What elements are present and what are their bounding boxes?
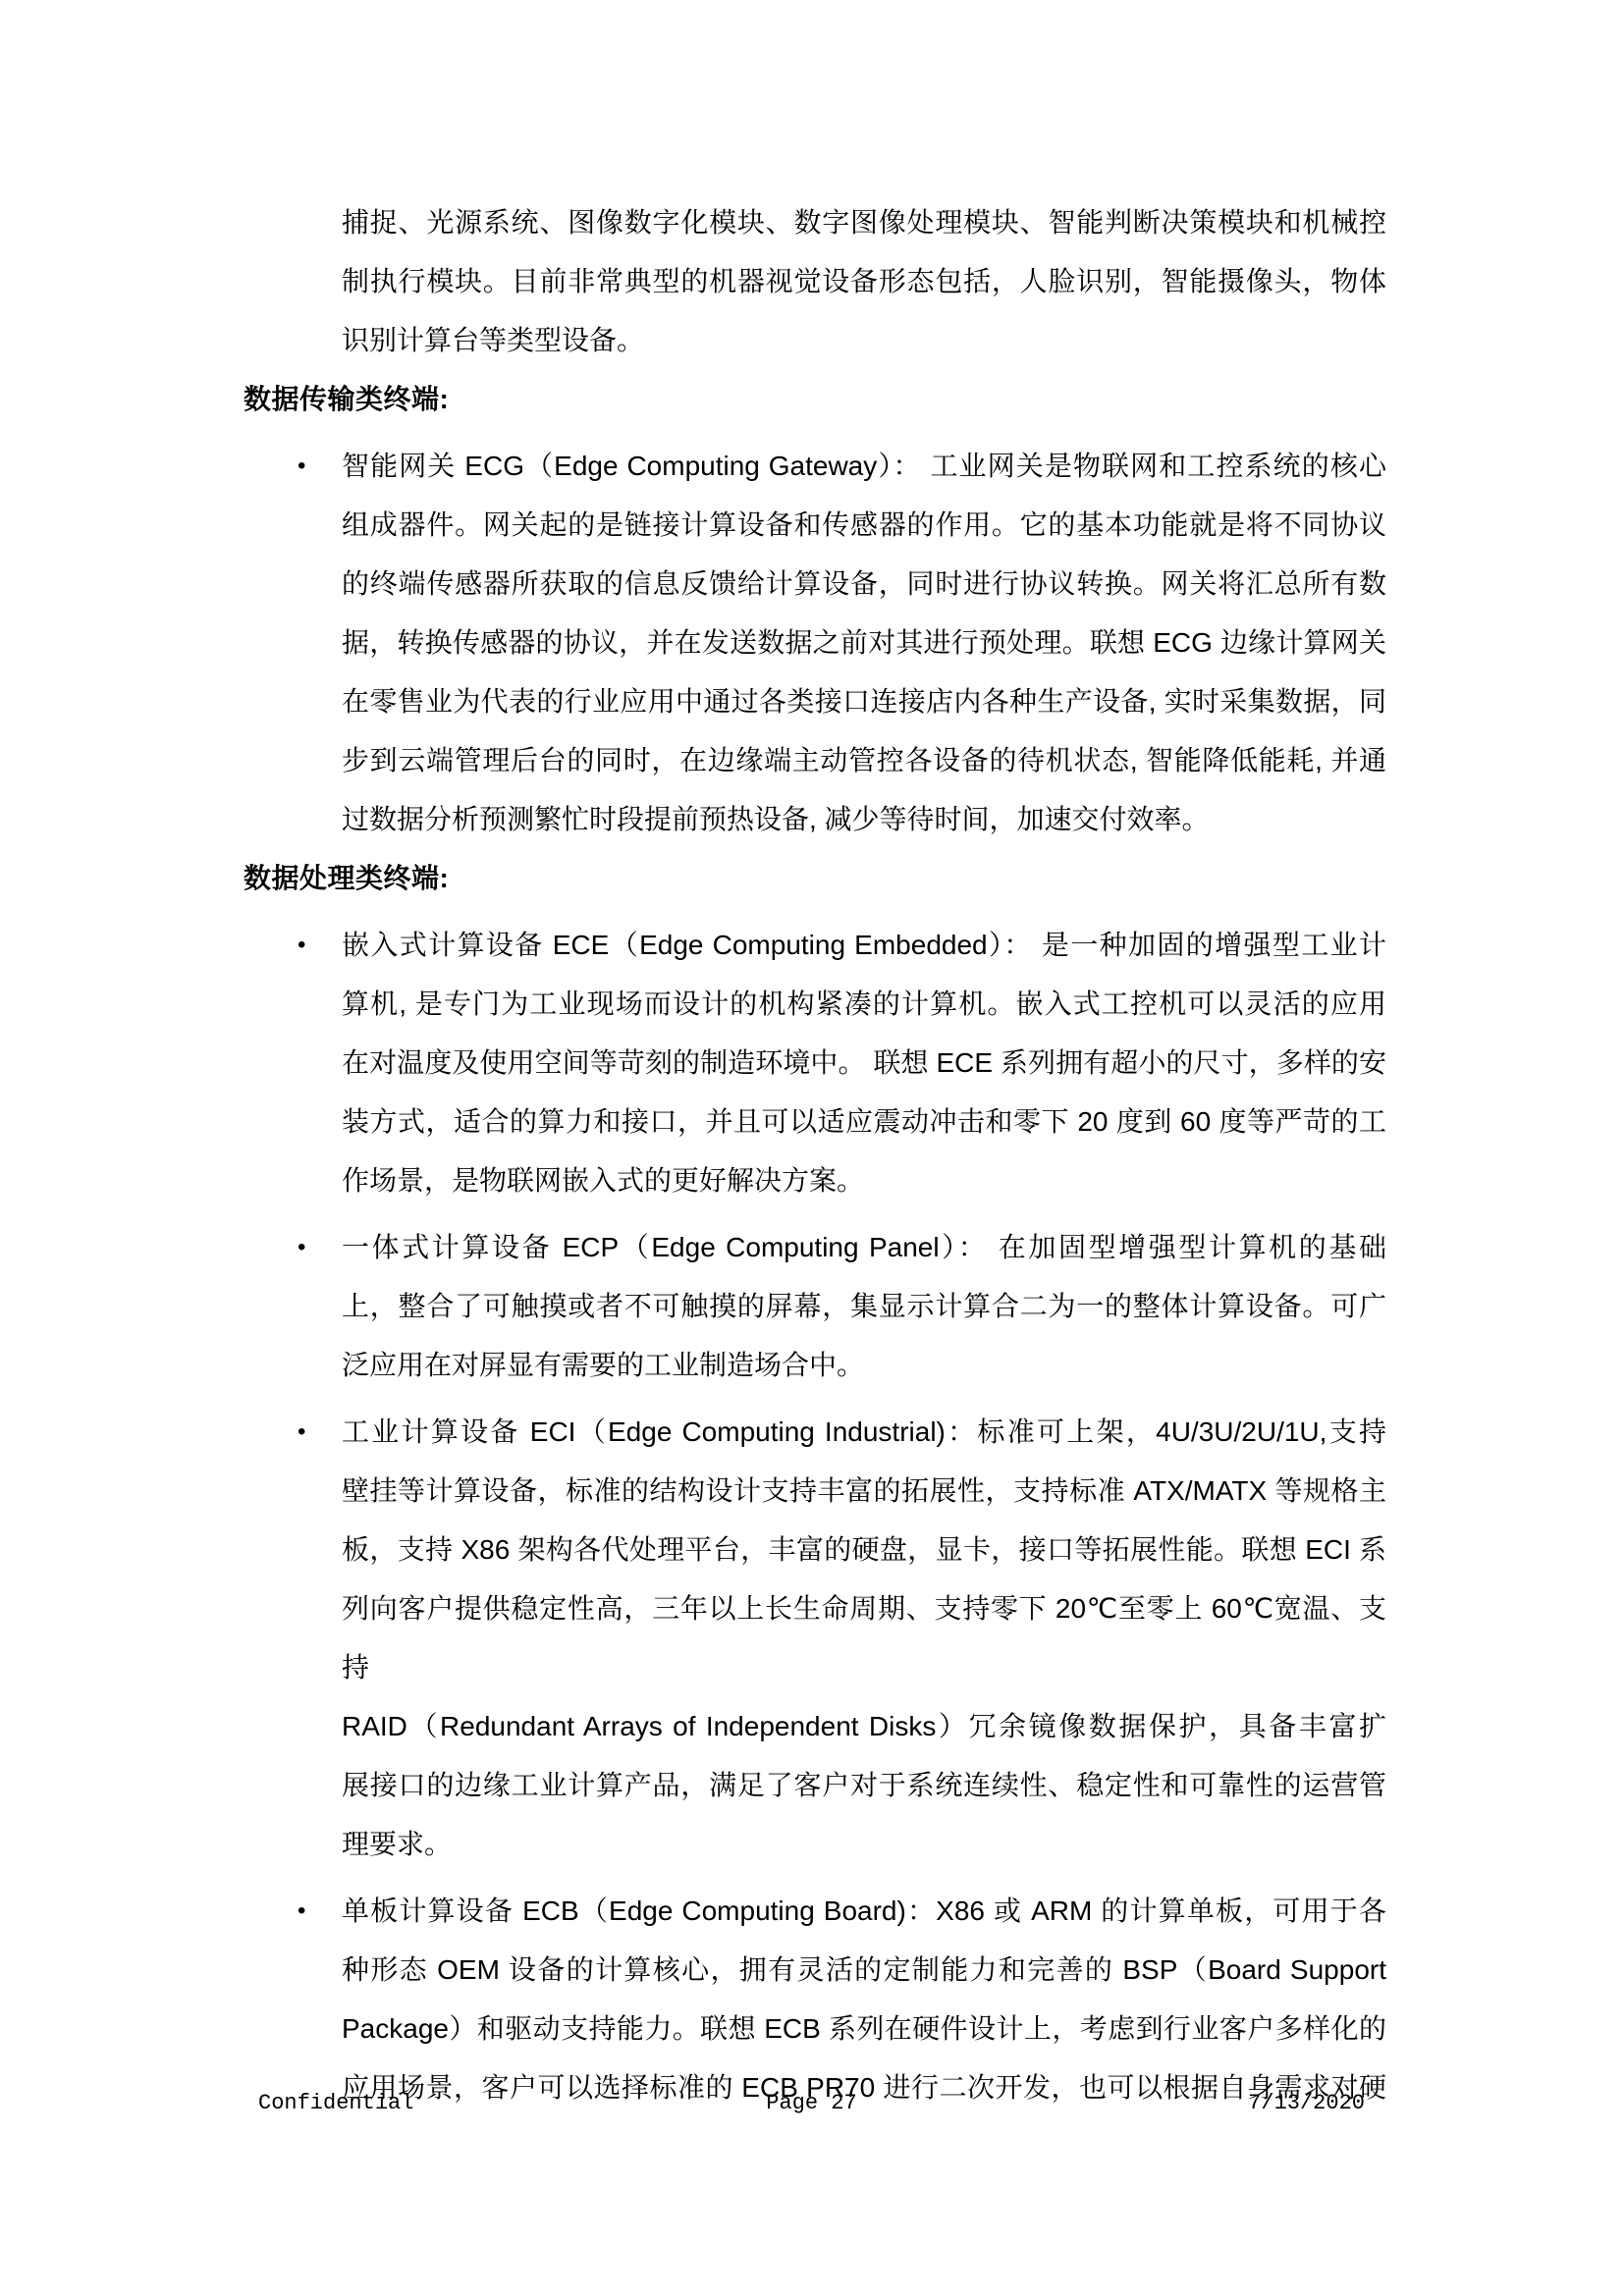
text-line: 装方式，适合的算力和接口，并且可以适应震动冲击和零下 20 度到 60 度等严苛… <box>342 1093 1386 1151</box>
text-line: 种形态 OEM 设备的计算核心，拥有灵活的定制能力和完善的 BSP（Board … <box>342 1941 1386 2000</box>
text-line: 泛应用在对屏显有需要的工业制造场合中。 <box>342 1336 1386 1395</box>
text-line: 嵌入式计算设备 ECE（Edge Computing Embedded）： 是一… <box>342 916 1386 975</box>
text-line: 过数据分析预测繁忙时段提前预热设备, 减少等待时间，加速交付效率。 <box>342 790 1386 849</box>
section-heading: 数据处理类终端: <box>244 849 1386 908</box>
text-line: 组成器件。网关起的是链接计算设备和传感器的作用。它的基本功能就是将不同协议 <box>342 496 1386 555</box>
text-line: 展接口的边缘工业计算产品，满足了客户对于系统连续性、稳定性和可靠性的运营管 <box>342 1756 1386 1815</box>
bullet-icon: • <box>298 1218 305 1277</box>
text-line: RAID（Redundant Arrays of Independent Dis… <box>342 1697 1386 1756</box>
section-heading: 数据传输类终端: <box>244 370 1386 429</box>
text-line: 的终端传感器所获取的信息反馈给计算设备，同时进行协议转换。网关将汇总所有数 <box>342 555 1386 614</box>
text-line: 步到云端管理后台的同时，在边缘端主动管控各设备的待机状态, 智能降低能耗, 并通 <box>342 731 1386 790</box>
footer: Confidential Page 27 7/13/2020 <box>258 2089 1365 2118</box>
text-line: 列向客户提供稳定性高，三年以上长生命周期、支持零下 20℃至零上 60℃宽温、支… <box>342 1579 1386 1697</box>
text-line: 在对温度及使用空间等苛刻的制造环境中。 联想 ECE 系列拥有超小的尺寸，多样的… <box>342 1034 1386 1093</box>
bullet-icon: • <box>298 1403 305 1462</box>
bullet-item: •一体式计算设备 ECP（Edge Computing Panel）： 在加固型… <box>342 1218 1386 1395</box>
bullet-icon: • <box>298 437 305 496</box>
footer-date: 7/13/2020 <box>1248 2089 1365 2118</box>
document-flow: 捕捉、光源系统、图像数字化模块、数字图像处理模块、智能判断决策模块和机械控制执行… <box>244 193 1386 2117</box>
bullet-icon: • <box>298 1882 305 1941</box>
bullet-icon: • <box>298 916 305 975</box>
text-line: 识别计算台等类型设备。 <box>342 311 1386 370</box>
text-line: 板，支持 X86 架构各代处理平台，丰富的硬盘，显卡，接口等拓展性能。联想 EC… <box>342 1521 1386 1579</box>
text-line: 工业计算设备 ECI（Edge Computing Industrial)：标准… <box>342 1403 1386 1462</box>
bullet-item: •嵌入式计算设备 ECE（Edge Computing Embedded）： 是… <box>342 916 1386 1210</box>
text-line: Package）和驱动支持能力。联想 ECB 系列在硬件设计上，考虑到行业客户多… <box>342 2000 1386 2058</box>
text-line: 上，整合了可触摸或者不可触摸的屏幕，集显示计算合二为一的整体计算设备。可广 <box>342 1277 1386 1336</box>
text-line: 壁挂等计算设备，标准的结构设计支持丰富的拓展性，支持标准 ATX/MATX 等规… <box>342 1462 1386 1521</box>
bullet-item: •智能网关 ECG（Edge Computing Gateway）： 工业网关是… <box>342 437 1386 849</box>
text-line: 算机, 是专门为工业现场而设计的机构紧凑的计算机。嵌入式工控机可以灵活的应用 <box>342 975 1386 1034</box>
footer-page-number: Page 27 <box>766 2089 856 2118</box>
text-line: 智能网关 ECG（Edge Computing Gateway）： 工业网关是物… <box>342 437 1386 496</box>
bullet-item: •单板计算设备 ECB（Edge Computing Board)：X86 或 … <box>342 1882 1386 2117</box>
text-line: 理要求。 <box>342 1815 1386 1874</box>
text-line: 作场景，是物联网嵌入式的更好解决方案。 <box>342 1151 1386 1210</box>
bullet-item: •工业计算设备 ECI（Edge Computing Industrial)：标… <box>342 1403 1386 1874</box>
text-line: 单板计算设备 ECB（Edge Computing Board)：X86 或 A… <box>342 1882 1386 1941</box>
text-line: 制执行模块。目前非常典型的机器视觉设备形态包括，人脸识别，智能摄像头，物体 <box>342 252 1386 311</box>
text-line: 捕捉、光源系统、图像数字化模块、数字图像处理模块、智能判断决策模块和机械控 <box>342 193 1386 252</box>
text-line: 在零售业为代表的行业应用中通过各类接口连接店内各种生产设备, 实时采集数据，同 <box>342 672 1386 731</box>
text-line: 据，转换传感器的协议，并在发送数据之前对其进行预处理。联想 ECG 边缘计算网关 <box>342 614 1386 672</box>
text-line: 一体式计算设备 ECP（Edge Computing Panel）： 在加固型增… <box>342 1218 1386 1277</box>
paragraph: 捕捉、光源系统、图像数字化模块、数字图像处理模块、智能判断决策模块和机械控制执行… <box>342 193 1386 370</box>
document-page: 捕捉、光源系统、图像数字化模块、数字图像处理模块、智能判断决策模块和机械控制执行… <box>0 0 1624 2296</box>
footer-confidential: Confidential <box>258 2089 413 2118</box>
